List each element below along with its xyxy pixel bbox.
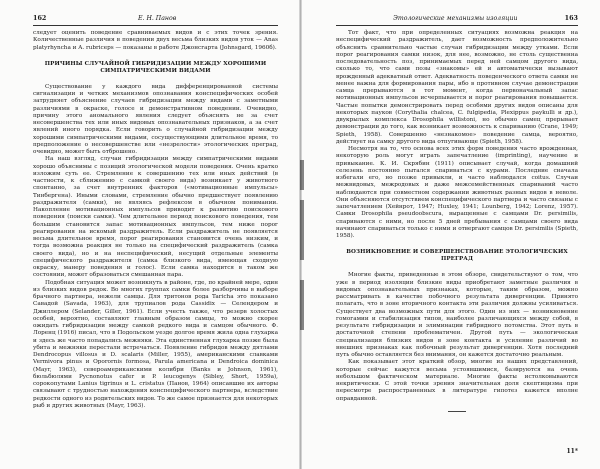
end-divider: [448, 411, 466, 412]
gutter-shadow: [300, 160, 304, 190]
gutter-shadow: [300, 200, 304, 260]
right-running-head: Этологические механизмы изоляции 163: [336, 14, 578, 26]
running-head-title: Е. Н. Панов: [138, 15, 176, 23]
right-page: Этологические механизмы изоляции 163 Тот…: [300, 0, 600, 469]
section-heading: ПРИЧИНЫ СЛУЧАЙНОЙ ГИБРИДИЗАЦИИ МЕЖДУ ХОР…: [33, 61, 278, 75]
left-running-head: 162 Е. Н. Панов: [33, 14, 278, 26]
page-number: 162: [33, 14, 46, 22]
paragraph: Тот факт, что при определенных ситуациях…: [336, 30, 578, 146]
book-spread: 162 Е. Н. Панов следует оценить поведени…: [0, 0, 600, 469]
page-number: 163: [565, 14, 578, 22]
paragraph: Несмотря на то, что основа всех этих фор…: [336, 146, 578, 240]
paragraph: Существование у каждого вида дифференцир…: [33, 84, 278, 157]
section-heading: ВОЗНИКНОВЕНИЕ И СОВЕРШЕНСТВОВАНИЕ ЭТОЛОГ…: [336, 249, 578, 263]
paragraph: следует оценить поведение сравниваемых в…: [33, 30, 278, 52]
left-page: 162 Е. Н. Панов следует оценить поведени…: [0, 0, 300, 469]
running-head-title: Этологические механизмы изоляции: [393, 15, 517, 23]
paragraph: На наш взгляд, случаи гибридизации между…: [33, 156, 278, 279]
signature-mark: 11*: [567, 448, 579, 455]
paragraph: Как показывает этот краткий обзор, многи…: [336, 359, 578, 403]
paragraph: Подобная ситуация может возникнуть в рай…: [33, 280, 278, 411]
gutter-shadow: [300, 280, 304, 330]
paragraph: Многие факты, приведенные в этом обзоре,…: [336, 272, 578, 359]
